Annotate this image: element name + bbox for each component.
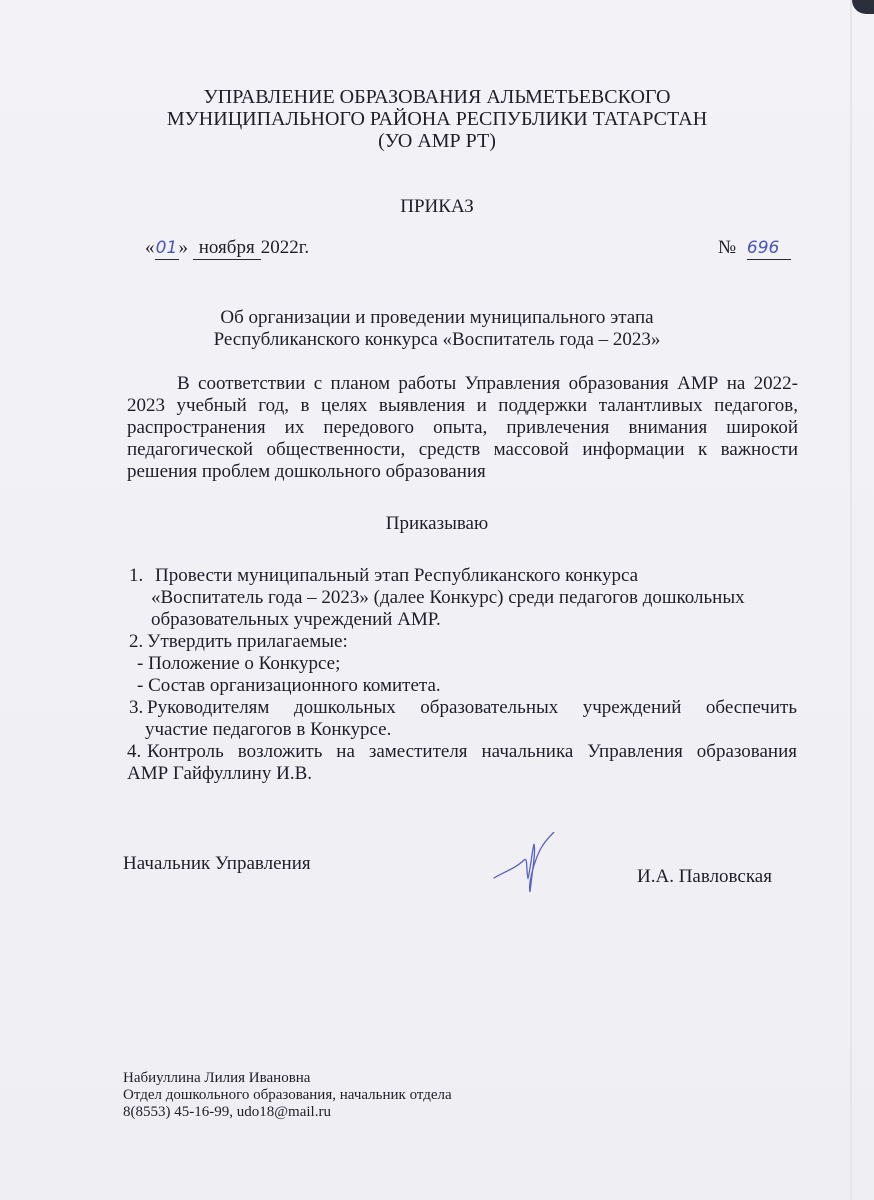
item-2-number: 2. (129, 631, 143, 653)
item-1-number: 1. (129, 565, 143, 587)
item-1-line-2: «Воспитатель года – 2023» (далее Конкурс… (151, 587, 745, 609)
header-line-2: МУНИЦИПАЛЬНОГО РАЙОНА РЕСПУБЛИКИ ТАТАРСТ… (0, 108, 874, 131)
item-1-line-1: Провести муниципальный этап Республиканс… (155, 565, 638, 587)
item-4-number: 4. (127, 741, 141, 763)
subject-line-2: Республиканского конкурса «Воспитатель г… (0, 329, 874, 351)
scan-corner (852, 0, 874, 14)
item-4-line-2: АМР Гайфуллину И.В. (127, 763, 312, 785)
item-3-line-1: Руководителям дошкольных образовательных… (147, 697, 797, 719)
item-2-line-3: - Состав организационного комитета. (137, 675, 441, 697)
signatory-position: Начальник Управления (123, 853, 311, 875)
item-3-number: 3. (129, 697, 143, 719)
contact-phone-email: 8(8553) 45-16-99, udo18@mail.ru (123, 1104, 331, 1121)
item-2-line-1: Утвердить прилагаемые: (147, 631, 348, 653)
item-4-line-1: Контроль возложить на заместителя началь… (147, 741, 797, 763)
date-month: ноября (193, 237, 261, 260)
header-line-1: УПРАВЛЕНИЕ ОБРАЗОВАНИЯ АЛЬМЕТЬЕВСКОГО (0, 86, 874, 109)
order-number: № 696 (718, 237, 791, 260)
number-label: № (718, 237, 736, 258)
contact-name: Набиуллина Лилия Ивановна (123, 1070, 310, 1087)
page-edge (850, 0, 852, 1200)
header-line-3: (УО АМР РТ) (0, 130, 874, 153)
preamble-paragraph: В соответствии с планом работы Управлени… (127, 373, 798, 483)
handwritten-signature-icon (490, 832, 560, 898)
date-day-handwritten: 01 (155, 237, 179, 260)
document-page: УПРАВЛЕНИЕ ОБРАЗОВАНИЯ АЛЬМЕТЬЕВСКОГО МУ… (0, 0, 874, 1200)
number-handwritten: 696 (747, 237, 791, 260)
item-3-line-2: участие педагогов в Конкурсе. (145, 719, 391, 741)
date-close-quote: » (179, 237, 189, 258)
signatory-name: И.А. Павловская (637, 866, 772, 888)
order-date: «01» ноября2022г. (145, 237, 309, 260)
date-year: 2022г. (261, 237, 309, 258)
subject-line-1: Об организации и проведении муниципально… (0, 307, 874, 329)
contact-department: Отдел дошкольного образования, начальник… (123, 1087, 452, 1104)
item-2-line-2: - Положение о Конкурсе; (137, 653, 340, 675)
order-word: Приказываю (0, 513, 874, 535)
item-1-line-3: образовательных учреждений АМР. (151, 609, 441, 631)
date-open-quote: « (145, 237, 155, 258)
doc-type-title: ПРИКАЗ (0, 196, 874, 218)
